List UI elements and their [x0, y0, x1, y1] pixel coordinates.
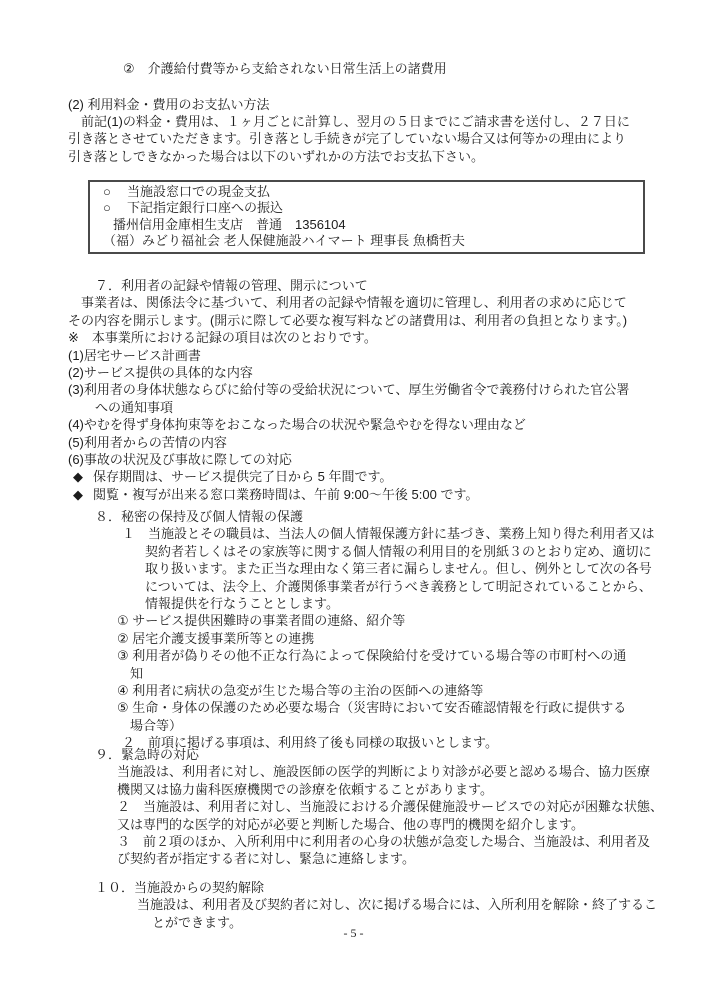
paragraph-line: 前記(1)の料金・費用は、１ヶ月ごとに計算し、翌月の５日までにご請求書を送付し、… [68, 113, 630, 130]
bullet-text: 閲覧・複写が出来る窓口業務時間は、午前 9:00～午後 5:00 です。 [93, 487, 478, 502]
payment-option: ○下記指定銀行口座への振込 [90, 200, 643, 216]
payment-option-text: 下記指定銀行口座への振込 [127, 200, 283, 215]
note-line: ※ 本事業所における記録の項目は次のとおりです。 [68, 329, 629, 346]
diamond-marker-icon: ◆ [73, 468, 93, 485]
paragraph-line: その内容を開示します。(開示に際して必要な複写料などの諸費用は、利用者の負担とな… [68, 312, 629, 329]
section-9-heading: ９．緊急時の対応 [95, 746, 663, 763]
list-item: (3)利用者の身体状態ならびに給付等の受給状況について、厚生労働省令で義務付けら… [68, 381, 629, 398]
payment-heading-line: (2) 利用料金・費用のお支払い方法 [68, 96, 270, 113]
clause-line: 取り扱います。また正当な理由なく第三者に漏らしません。但し、例外として次の各号 [145, 560, 654, 577]
section-8: ８．秘密の保持及び個人情報の保護 １ 当施設とその職員は、当法人の個人情報保護方… [68, 508, 654, 751]
paragraph-line: 機関又は協力歯科医療機関での診療を依頼することがあります。 [117, 781, 663, 798]
list-item: ② 居宅介護支援事業所等との連携 [117, 630, 654, 647]
bullet-text: 保存期間は、サービス提供完了日から 5 年間です。 [93, 469, 392, 484]
paragraph-line: 引き落とさせていただきます。引き落とし手続きが完了していない場合又は何等かの理由… [68, 130, 630, 147]
clause-line: 情報提供を行なうこととします。 [145, 595, 654, 612]
section-7: ７．利用者の記録や情報の管理、開示について 事業者は、関係法令に基づいて、利用者… [68, 277, 629, 503]
document-page: ② 介護給付費等から支給されない日常生活上の諸費用 (2) 利用料金・費用のお支… [0, 0, 707, 1000]
bullet-item: ◆閲覧・複写が出来る窓口業務時間は、午前 9:00～午後 5:00 です。 [73, 486, 629, 503]
list-item: (5)利用者からの苦情の内容 [68, 434, 629, 451]
paragraph-line: び契約者が指定する者に対し、緊急に連絡します。 [117, 850, 663, 867]
list-item-continuation: への通知事項 [95, 399, 629, 416]
list-item: ① サービス提供困難時の事業者間の連絡、紹介等 [117, 612, 654, 629]
list-item-continuation: 場合等） [130, 717, 654, 734]
payment-paragraph: 前記(1)の料金・費用は、１ヶ月ごとに計算し、翌月の５日までにご請求書を送付し、… [68, 113, 630, 165]
list-item: (2)サービス提供の具体的な内容 [68, 364, 629, 381]
paragraph-line: 又は専門的な医学的対応が必要と判断した場合、他の専門的機関を紹介します。 [117, 816, 663, 833]
clause-line: 契約者若しくはその家族等に関する個人情報の利用目的を別紙３のとおり定め、適切に [145, 543, 654, 560]
section-10-heading: １０．当施設からの契約解除 [95, 879, 657, 896]
list-item: ④ 利用者に病状の急変が生じた場合等の主治の医師への連絡等 [117, 682, 654, 699]
bank-account-line: 播州信用金庫相生支店 普通 1356104 [90, 217, 643, 233]
section-10: １０．当施設からの契約解除 当施設は、利用者及び契約者に対し、次に掲げる場合には… [68, 879, 657, 931]
paragraph-line: ３ 前２項のほか、入所利用中に利用者の心身の状態が急変した場合、当施設は、利用者… [117, 833, 663, 850]
clause-line: については、法令上、介護関係事業者が行うべき義務として明記されていることから、 [145, 578, 654, 595]
circle-marker-icon: ○ [103, 184, 127, 200]
intro-item: ② 介護給付費等から支給されない日常生活上の諸費用 [68, 60, 447, 77]
list-item: ③ 利用者が偽りその他不正な行為によって保険給付を受けている場合等の市町村への通 [117, 647, 654, 664]
section-8-heading: ８．秘密の保持及び個人情報の保護 [95, 508, 654, 525]
intro-item-line: ② 介護給付費等から支給されない日常生活上の諸費用 [123, 60, 447, 77]
payment-options-box: ○当施設窓口での現金支払 ○下記指定銀行口座への振込 播州信用金庫相生支店 普通… [88, 180, 645, 254]
paragraph-line: ２ 当施設は、利用者に対し、当施設における介護保健施設サービスでの対応が困難な状… [117, 798, 663, 815]
page-number: - 5 - [0, 926, 707, 940]
list-item: (1)居宅サービス計画書 [68, 347, 629, 364]
circle-marker-icon: ○ [103, 200, 127, 216]
paragraph-line: 引き落としできなかった場合は以下のいずれかの方法でお支払下さい。 [68, 148, 630, 165]
payee-line: （福）みどり福祉会 老人保健施設ハイマート 理事長 魚橋哲夫 [90, 233, 643, 249]
list-item: ⑤ 生命・身体の保護のため必要な場合（災害時において安否確認情報を行政に提供する [117, 699, 654, 716]
section-9: ９．緊急時の対応 当施設は、利用者に対し、施設医師の医学的判断により対診が必要と… [68, 746, 663, 868]
paragraph-line: 事業者は、関係法令に基づいて、利用者の記録や情報を適切に管理し、利用者の求めに応… [68, 294, 629, 311]
clause-line: １ 当施設とその職員は、当法人の個人情報保護方針に基づき、業務上知り得た利用者又… [122, 525, 654, 542]
payment-option: ○当施設窓口での現金支払 [90, 184, 643, 200]
section-7-heading: ７．利用者の記録や情報の管理、開示について [95, 277, 629, 294]
list-item: (4)やむを得ず身体拘束等をおこなった場合の状況や緊急やむを得ない理由など [68, 416, 629, 433]
bullet-item: ◆保存期間は、サービス提供完了日から 5 年間です。 [73, 468, 629, 485]
list-item: (6)事故の状況及び事故に際しての対応 [68, 451, 629, 468]
diamond-marker-icon: ◆ [73, 486, 93, 503]
paragraph-line: 当施設は、利用者に対し、施設医師の医学的判断により対診が必要と認める場合、協力医… [117, 763, 663, 780]
payment-option-text: 当施設窓口での現金支払 [127, 184, 270, 199]
paragraph-line: 当施設は、利用者及び契約者に対し、次に掲げる場合には、入所利用を解除・終了するこ [137, 896, 657, 913]
payment-heading: (2) 利用料金・費用のお支払い方法 [68, 96, 270, 113]
list-item-continuation: 知 [130, 665, 654, 682]
